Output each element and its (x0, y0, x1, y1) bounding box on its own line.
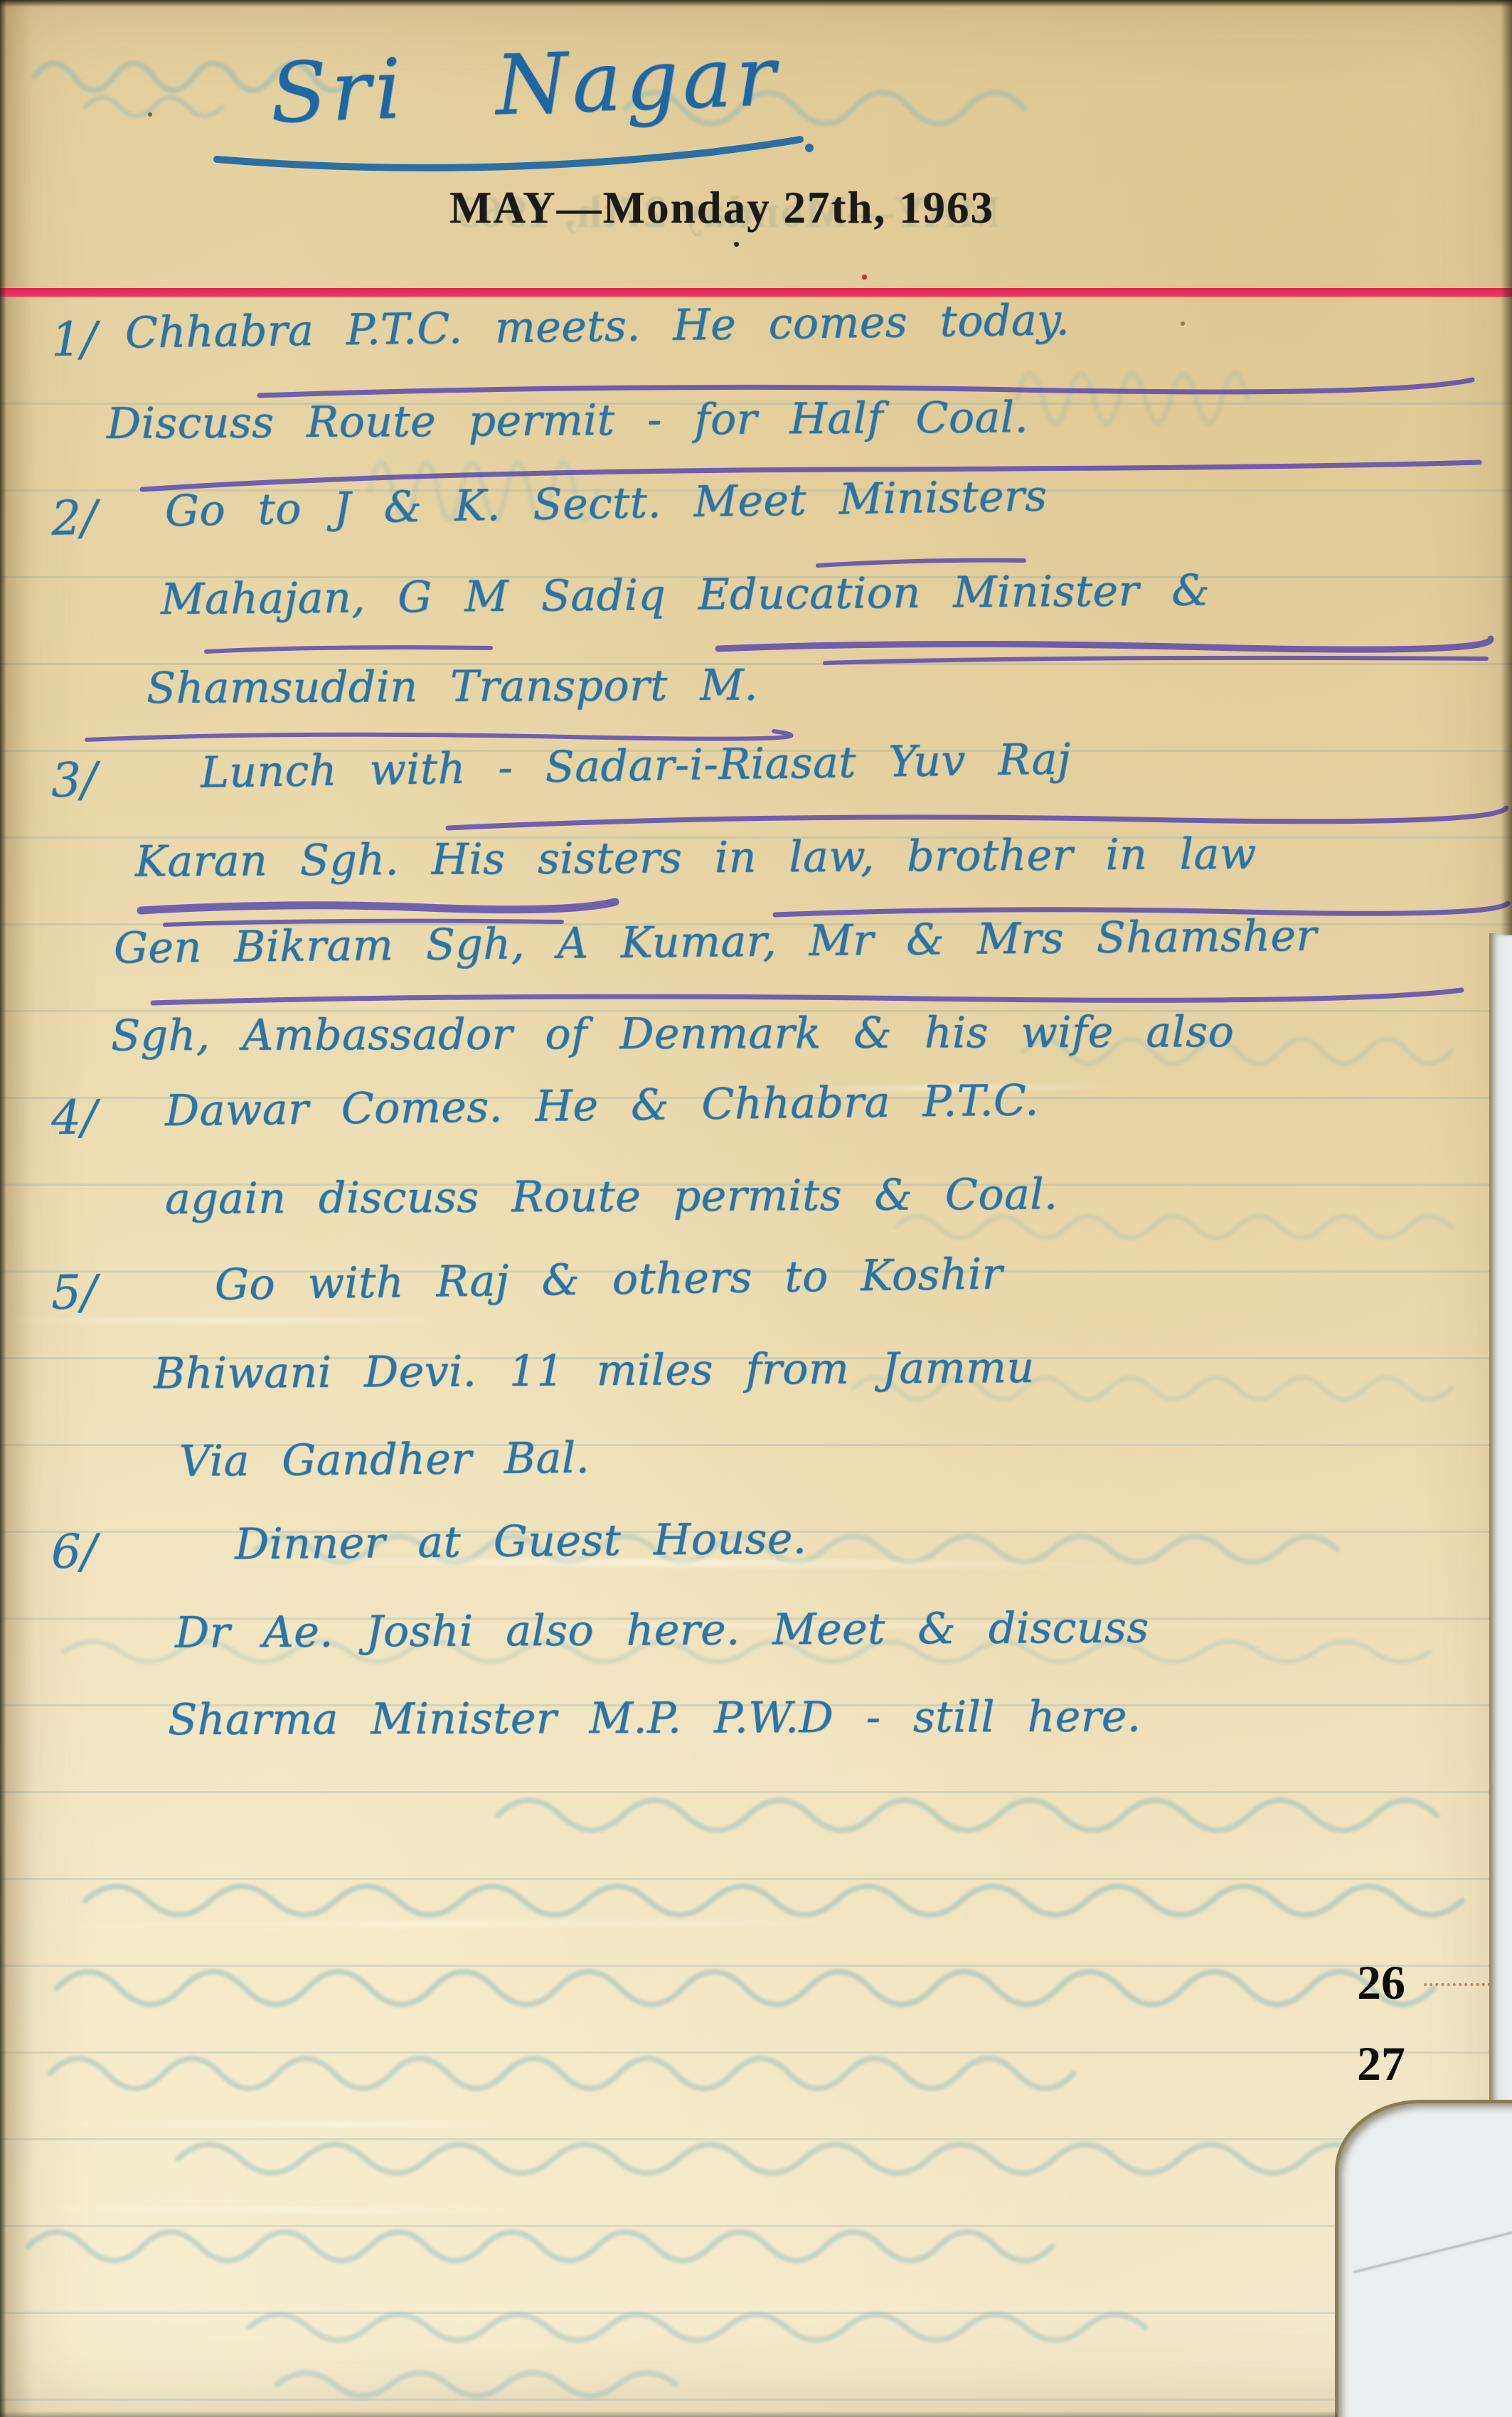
scan-edge-left (0, 0, 6, 2417)
page-number-top: 26 (1341, 1955, 1421, 2011)
scratch-mark (1424, 1983, 1491, 1986)
scan-edge-top (0, 0, 1512, 7)
backing-paper-strip (1489, 933, 1512, 2107)
page-number-bottom: 27 (1341, 2036, 1421, 2092)
underline-ink-strokes (0, 0, 1512, 2417)
backing-paper-corner (1335, 2100, 1512, 2417)
scan-edge-bottom (0, 2411, 1337, 2417)
diary-page-scan: MAY—Monday 27th, 1963 MAY—Monday 27th, 1… (0, 0, 1512, 2417)
scan-edge-right (1501, 0, 1512, 935)
